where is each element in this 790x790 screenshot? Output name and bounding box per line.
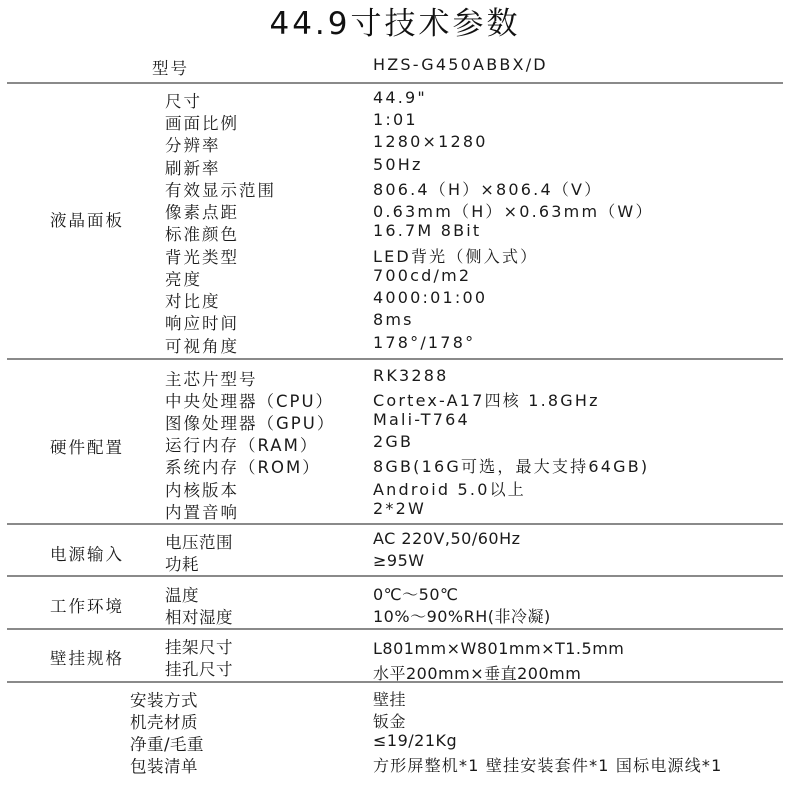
spec-label: 对比度 [165, 288, 221, 312]
spec-label: 机壳材质 [130, 709, 198, 733]
divider [7, 575, 783, 577]
spec-value: 8GB(16G可选，最大支持64GB) [373, 454, 649, 477]
spec-value: 1280×1280 [373, 132, 488, 151]
spec-value: 178°/178° [373, 333, 475, 352]
spec-value: 2*2W [373, 499, 426, 518]
spec-value: RK3288 [373, 366, 449, 385]
group-label: 硬件配置 [50, 434, 124, 458]
spec-label: 净重/毛重 [130, 731, 204, 755]
spec-label: 挂孔尺寸 [165, 656, 233, 680]
spec-label: 尺寸 [165, 88, 202, 112]
spec-label: 刷新率 [165, 155, 221, 179]
spec-label: 背光类型 [165, 244, 239, 268]
spec-label: 系统内存（ROM） [165, 454, 321, 478]
spec-label: 有效显示范围 [165, 177, 276, 201]
spec-value: 44.9" [373, 88, 427, 107]
spec-label: 安装方式 [130, 687, 198, 711]
spec-value: 806.4（H）×806.4（V） [373, 177, 602, 200]
spec-label: 主芯片型号 [165, 366, 258, 390]
spec-label: 中央处理器（CPU） [165, 388, 334, 412]
spec-value: Android 5.0以上 [373, 477, 526, 500]
spec-label: 标准颜色 [165, 221, 239, 245]
spec-value: Mali-T764 [373, 410, 470, 429]
spec-value: 方形屏整机*1 壁挂安装套件*1 国标电源线*1 [373, 753, 723, 776]
spec-value: 壁挂 [373, 687, 406, 710]
divider [7, 523, 783, 525]
group-label: 电源输入 [50, 541, 124, 565]
spec-label: 内置音响 [165, 499, 239, 523]
spec-value: 8ms [373, 310, 414, 329]
group-label: 液晶面板 [50, 207, 124, 231]
spec-value: Cortex-A17四核 1.8GHz [373, 388, 600, 411]
spec-label: 内核版本 [165, 477, 239, 501]
spec-value: AC 220V,50/60Hz [373, 529, 521, 548]
spec-label: 分辨率 [165, 132, 221, 156]
model-label: 型号 [152, 55, 189, 79]
spec-value: 50Hz [373, 155, 423, 174]
spec-value: LED背光（侧入式） [373, 244, 538, 267]
spec-label: 挂架尺寸 [165, 634, 233, 658]
spec-label: 温度 [165, 582, 199, 606]
spec-label: 电压范围 [165, 529, 233, 553]
spec-label: 画面比例 [165, 110, 239, 134]
spec-value: 0.63mm（H）×0.63mm（W） [373, 199, 654, 222]
spec-label: 运行内存（RAM） [165, 432, 318, 456]
divider [7, 358, 783, 360]
divider [7, 681, 783, 683]
divider [7, 628, 783, 630]
spec-label: 图像处理器（GPU） [165, 410, 335, 434]
spec-value: 钣金 [373, 709, 406, 732]
page-title: 44.9寸技术参数 [0, 4, 790, 44]
spec-value: 4000:01:00 [373, 288, 487, 307]
spec-label: 亮度 [165, 266, 202, 290]
spec-value: ≥95W [373, 551, 425, 570]
spec-value: 10%～90%RH(非冷凝) [373, 604, 551, 627]
spec-value: 0℃～50℃ [373, 582, 458, 605]
group-label: 工作环境 [50, 593, 124, 617]
spec-value: 1:01 [373, 110, 418, 129]
spec-label: 包装清单 [130, 753, 198, 777]
group-label: 壁挂规格 [50, 645, 124, 669]
spec-value: 16.7M 8Bit [373, 221, 481, 240]
spec-value: 700cd/m2 [373, 266, 471, 285]
model-value: HZS-G450ABBX/D [373, 55, 548, 74]
spec-value: 2GB [373, 432, 413, 451]
spec-label: 可视角度 [165, 333, 239, 357]
spec-value: ≤19/21Kg [373, 731, 457, 750]
spec-label: 相对湿度 [165, 604, 233, 628]
spec-label: 响应时间 [165, 310, 239, 334]
spec-value: L801mm×W801mm×T1.5mm [373, 639, 624, 658]
spec-label: 像素点距 [165, 199, 239, 223]
spec-label: 功耗 [165, 551, 199, 575]
divider [7, 82, 783, 84]
